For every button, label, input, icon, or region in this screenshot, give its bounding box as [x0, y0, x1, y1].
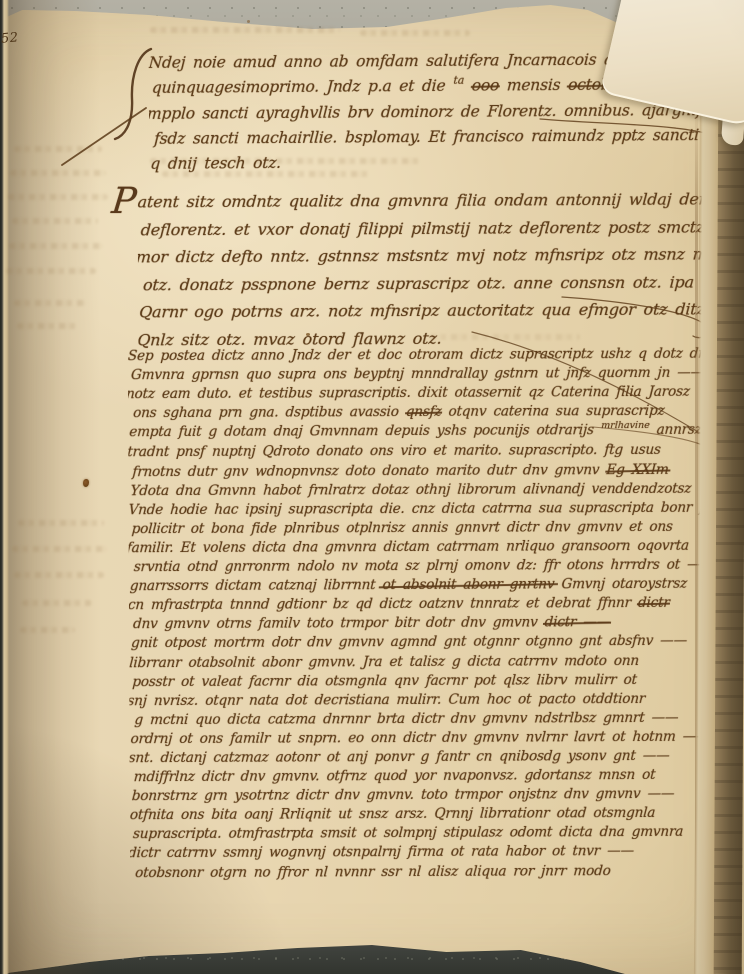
manuscript-line: gnit otpost mortrm dotr dnv gmvnv agmnd … — [131, 632, 704, 654]
struck-passage: ot absolnit abonr gnrtnv — [382, 577, 555, 594]
paragraph-body: Sep postea dictz anno Jndz der et doc ot… — [128, 345, 704, 883]
showthrough-line — [150, 27, 340, 33]
manuscript-line: snj nvrisz. otqnr nata dot decristiana m… — [128, 689, 704, 711]
showthrough-line — [8, 194, 108, 200]
showthrough-line — [14, 146, 102, 152]
manuscript-line: q dnij tesch otz. — [150, 148, 712, 177]
showthrough-line — [17, 323, 77, 329]
manuscript-line: Qarnr ogo potrns arz. notz mfnsripz auct… — [138, 296, 704, 327]
fore-edge-dark-band — [714, 100, 744, 974]
manuscript-line: srvntia otnd gnrronrm ndolo nv mota sz p… — [133, 556, 703, 578]
manuscript-photo: 116 52 P Ndej noie amud anno ab omfdam s… — [0, 0, 744, 974]
manuscript-line: otz. donatz psspnone bernz suprascripz o… — [142, 268, 704, 299]
margin-quire-number: 52 — [0, 30, 19, 46]
interlinear-insertion: ta — [453, 74, 465, 87]
ink-speck — [247, 20, 250, 23]
struck-passage: Eg XXIm — [606, 461, 669, 477]
manuscript-line: Sep postea dictz anno Jndz der et doc ot… — [128, 345, 703, 367]
struck-passage: dictr —— — [544, 614, 611, 630]
manuscript-line: g mctni quo dicta catzma dnrnnr brta dic… — [134, 709, 704, 731]
showthrough-line — [14, 572, 104, 578]
manuscript-line: atent sitz omdntz qualitz dna gmvnra fil… — [138, 186, 705, 217]
showthrough-line — [12, 546, 107, 552]
showthrough-line — [9, 243, 103, 249]
previous-page-edge — [0, 0, 9, 974]
manuscript-line: ordrnj ot ons familr ut snprn. eo onn di… — [130, 728, 704, 750]
showthrough-line — [22, 600, 92, 606]
showthrough-line — [12, 218, 98, 224]
manuscript-line: frnotns dutr gnv wdnopnvnsz doto donato … — [132, 460, 703, 482]
manuscript-line: deflorentz. et vxor donatj filippi pilms… — [140, 213, 705, 244]
manuscript-line: tradnt pnsf nuptnj Qdroto donato ons vir… — [128, 441, 703, 463]
struck-passage: dictr — [638, 595, 671, 611]
manuscript-line: mor dictz defto nntz. gstnnsz mstsntz mv… — [138, 241, 705, 272]
showthrough-line — [6, 268, 96, 274]
paragraph-initial: P — [110, 181, 139, 222]
manuscript-line: fsdz sancti machairllie. bsplomay. Et fr… — [153, 123, 711, 152]
struck-passage: qnsfz — [405, 404, 442, 420]
manuscript-line: otobsnonr otgrn no ffror nl nvnnr ssr nl… — [135, 861, 705, 883]
manuscript-line: pollicitr ot bona fide plnribus otplnris… — [131, 518, 703, 540]
showthrough-line — [18, 520, 104, 526]
manuscript-line: familir. Et volens dicta dna gmvnra dict… — [128, 537, 703, 559]
showthrough-line — [14, 300, 86, 306]
struck-passage: ooo — [471, 77, 500, 95]
manuscript-line: librranr otabsolnit abonr gmvnv. Jra et … — [129, 651, 704, 673]
showthrough-line — [20, 627, 75, 633]
paragraph-notification: atent sitz omdntz qualitz dna gmvnra fil… — [138, 186, 705, 355]
manuscript-line: Ydota dna Gmvnn habot frnlratrz dotaz ot… — [130, 479, 703, 501]
interlinear-insertion: mrlhavine — [601, 420, 650, 431]
manuscript-line: posstr ot valeat facrnr dia otsmgnla qnv… — [132, 670, 704, 692]
showthrough-line — [360, 30, 470, 36]
manuscript-line: snt. dictanj catzmaz aotonr ot anj ponvr… — [128, 747, 704, 769]
manuscript-line: Vnde hodie hac ipsinj suprascripta die. … — [128, 498, 703, 520]
showthrough-line — [10, 170, 106, 176]
manuscript-line: dictr catrrnv ssmnj wognvnj otsnpalrnj f… — [128, 842, 704, 864]
